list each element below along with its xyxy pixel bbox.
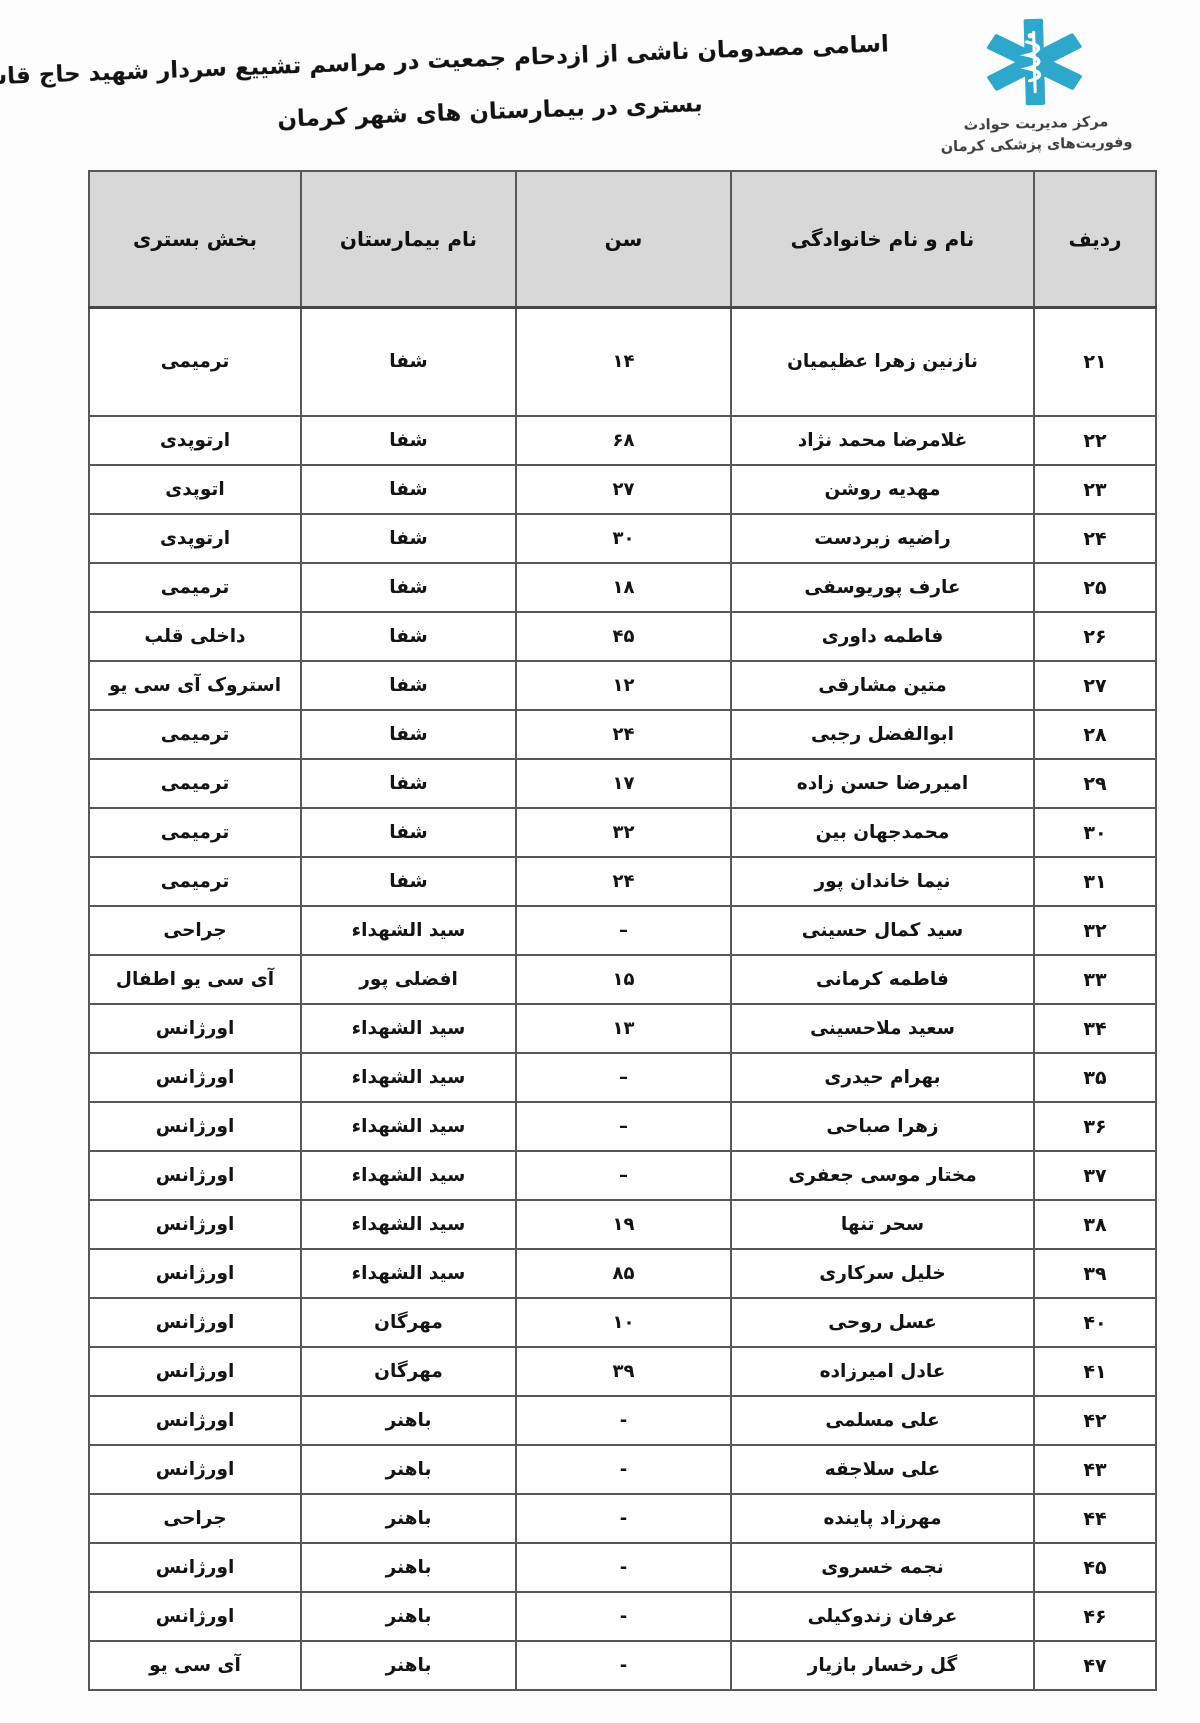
cell-hospital: شفا (301, 808, 516, 857)
cell-ward: داخلی قلب (89, 612, 301, 661)
casualty-table: ردیف نام و نام خانوادگی سن نام بیمارستان… (88, 170, 1157, 1691)
cell-name: سید کمال حسینی (731, 906, 1034, 955)
ems-logo: مرکز مدیریت حوادث وفوریت‌های پزشکی کرمان (928, 11, 1142, 158)
cell-ward: اورژانس (89, 1396, 301, 1445)
cell-hospital: سید الشهداء (301, 1151, 516, 1200)
cell-age: - (516, 1592, 731, 1641)
cell-radif: ۳۸ (1034, 1200, 1156, 1249)
cell-radif: ۳۶ (1034, 1102, 1156, 1151)
cell-hospital: سید الشهداء (301, 1249, 516, 1298)
table-row: ۳۳فاطمه کرمانی۱۵افضلی پورآی سی یو اطفال (89, 955, 1156, 1004)
cell-radif: ۲۹ (1034, 759, 1156, 808)
cell-name: عادل امیرزاده (731, 1347, 1034, 1396)
cell-age: ۲۷ (516, 465, 731, 514)
cell-name: امیررضا حسن زاده (731, 759, 1034, 808)
cell-hospital: شفا (301, 514, 516, 563)
cell-ward: ترمیمی (89, 808, 301, 857)
cell-hospital: سید الشهداء (301, 1053, 516, 1102)
cell-ward: اورژانس (89, 1102, 301, 1151)
table-row: ۲۵عارف پوریوسفی۱۸شفاترمیمی (89, 563, 1156, 612)
cell-age: ۴۵ (516, 612, 731, 661)
cell-hospital: شفا (301, 759, 516, 808)
column-header-hospital: نام بیمارستان (301, 171, 516, 307)
cell-ward: اورژانس (89, 1249, 301, 1298)
table-row: ۲۹امیررضا حسن زاده۱۷شفاترمیمی (89, 759, 1156, 808)
cell-age: ۲۴ (516, 857, 731, 906)
table-row: ۳۲سید کمال حسینی–سید الشهداءجراحی (89, 906, 1156, 955)
cell-radif: ۳۲ (1034, 906, 1156, 955)
cell-ward: اورژانس (89, 1200, 301, 1249)
cell-ward: ارتوپدی (89, 416, 301, 465)
cell-radif: ۳۵ (1034, 1053, 1156, 1102)
table-row: ۴۱عادل امیرزاده۳۹مهرگاناورژانس (89, 1347, 1156, 1396)
cell-hospital: باهنر (301, 1641, 516, 1690)
logo-caption-line-2: وفوریت‌های پزشکی کرمان (931, 132, 1141, 158)
cell-radif: ۴۲ (1034, 1396, 1156, 1445)
cell-ward: اورژانس (89, 1004, 301, 1053)
cell-ward: اورژانس (89, 1151, 301, 1200)
cell-ward: اورژانس (89, 1543, 301, 1592)
cell-hospital: مهرگان (301, 1347, 516, 1396)
column-header-ward: بخش بستری (89, 171, 301, 307)
table-row: ۲۸ابوالفضل رجبی۲۴شفاترمیمی (89, 710, 1156, 759)
cell-hospital: شفا (301, 465, 516, 514)
table-row: ۳۵بهرام حیدری–سید الشهداءاورژانس (89, 1053, 1156, 1102)
cell-radif: ۳۷ (1034, 1151, 1156, 1200)
cell-hospital: سید الشهداء (301, 1200, 516, 1249)
column-header-age: سن (516, 171, 731, 307)
cell-name: فاطمه داوری (731, 612, 1034, 661)
cell-age: ۱۳ (516, 1004, 731, 1053)
cell-name: عسل روحی (731, 1298, 1034, 1347)
cell-hospital: شفا (301, 661, 516, 710)
cell-age: ۱۵ (516, 955, 731, 1004)
table-row: ۴۳علی سلاجقه-باهنراورژانس (89, 1445, 1156, 1494)
cell-hospital: باهنر (301, 1494, 516, 1543)
cell-radif: ۴۳ (1034, 1445, 1156, 1494)
cell-ward: استروک آی سی یو (89, 661, 301, 710)
cell-age: - (516, 1396, 731, 1445)
table-row: ۳۷مختار موسی جعفری–سید الشهداءاورژانس (89, 1151, 1156, 1200)
cell-radif: ۲۷ (1034, 661, 1156, 710)
table-header: ردیف نام و نام خانوادگی سن نام بیمارستان… (89, 171, 1156, 307)
table-row: ۲۷متین مشارقی۱۲شفااستروک آی سی یو (89, 661, 1156, 710)
cell-ward: اورژانس (89, 1053, 301, 1102)
cell-radif: ۳۴ (1034, 1004, 1156, 1053)
cell-ward: اورژانس (89, 1592, 301, 1641)
cell-name: بهرام حیدری (731, 1053, 1034, 1102)
cell-hospital: باهنر (301, 1445, 516, 1494)
table-row: ۲۴راضیه زبردست۳۰شفاارتوپدی (89, 514, 1156, 563)
cell-age: – (516, 1102, 731, 1151)
cell-ward: اورژانس (89, 1298, 301, 1347)
table-row: ۳۴سعید ملاحسینی۱۳سید الشهداءاورژانس (89, 1004, 1156, 1053)
logo-caption: مرکز مدیریت حوادث وفوریت‌های پزشکی کرمان (931, 111, 1142, 158)
cell-radif: ۴۴ (1034, 1494, 1156, 1543)
cell-hospital: شفا (301, 612, 516, 661)
cell-name: مختار موسی جعفری (731, 1151, 1034, 1200)
cell-ward: ترمیمی (89, 710, 301, 759)
cell-hospital: شفا (301, 416, 516, 465)
star-of-life-icon (982, 17, 1086, 108)
cell-ward: اورژانس (89, 1445, 301, 1494)
cell-hospital: سید الشهداء (301, 906, 516, 955)
table-row: ۳۸سحر تنها۱۹سید الشهداءاورژانس (89, 1200, 1156, 1249)
cell-age: ۳۹ (516, 1347, 731, 1396)
table-row: ۲۱نازنین زهرا عظیمیان۱۴شفاترمیمی (89, 307, 1156, 416)
cell-ward: جراحی (89, 906, 301, 955)
table-row: ۳۱نیما خاندان پور۲۴شفاترمیمی (89, 857, 1156, 906)
cell-radif: ۲۸ (1034, 710, 1156, 759)
cell-age: - (516, 1641, 731, 1690)
cell-name: نازنین زهرا عظیمیان (731, 307, 1034, 416)
table-row: ۳۹خلیل سرکاری۸۵سید الشهداءاورژانس (89, 1249, 1156, 1298)
cell-name: راضیه زبردست (731, 514, 1034, 563)
cell-hospital: شفا (301, 563, 516, 612)
cell-age: ۱۸ (516, 563, 731, 612)
cell-radif: ۲۴ (1034, 514, 1156, 563)
cell-age: - (516, 1494, 731, 1543)
cell-age: - (516, 1445, 731, 1494)
cell-name: عرفان زندوکیلی (731, 1592, 1034, 1641)
cell-ward: آی سی یو اطفال (89, 955, 301, 1004)
scanned-document-page: { "header": { "title_line1": "اسامی مصدو… (0, 0, 1200, 1723)
cell-radif: ۴۱ (1034, 1347, 1156, 1396)
table-row: ۴۷گل رخسار بازیار-باهنرآی سی یو (89, 1641, 1156, 1690)
cell-age: ۱۲ (516, 661, 731, 710)
cell-age: ۱۹ (516, 1200, 731, 1249)
table-row: ۴۵نجمه خسروی-باهنراورژانس (89, 1543, 1156, 1592)
cell-ward: ترمیمی (89, 307, 301, 416)
cell-radif: ۳۹ (1034, 1249, 1156, 1298)
cell-hospital: باهنر (301, 1543, 516, 1592)
cell-radif: ۲۶ (1034, 612, 1156, 661)
table-row: ۴۶عرفان زندوکیلی-باهنراورژانس (89, 1592, 1156, 1641)
cell-age: ۸۵ (516, 1249, 731, 1298)
cell-age: – (516, 1151, 731, 1200)
cell-age: ۶۸ (516, 416, 731, 465)
cell-name: مهدیه روشن (731, 465, 1034, 514)
table-header-row: ردیف نام و نام خانوادگی سن نام بیمارستان… (89, 171, 1156, 307)
cell-radif: ۴۷ (1034, 1641, 1156, 1690)
cell-name: عارف پوریوسفی (731, 563, 1034, 612)
cell-ward: اتوپدی (89, 465, 301, 514)
cell-hospital: شفا (301, 307, 516, 416)
cell-ward: جراحی (89, 1494, 301, 1543)
cell-hospital: باهنر (301, 1592, 516, 1641)
column-header-name: نام و نام خانوادگی (731, 171, 1034, 307)
table-row: ۲۶فاطمه داوری۴۵شفاداخلی قلب (89, 612, 1156, 661)
cell-radif: ۲۲ (1034, 416, 1156, 465)
cell-ward: آی سی یو (89, 1641, 301, 1690)
cell-age: ۱۴ (516, 307, 731, 416)
table-row: ۲۳مهدیه روشن۲۷شفااتوپدی (89, 465, 1156, 514)
cell-age: – (516, 906, 731, 955)
cell-hospital: مهرگان (301, 1298, 516, 1347)
cell-hospital: شفا (301, 857, 516, 906)
cell-radif: ۳۳ (1034, 955, 1156, 1004)
cell-name: سحر تنها (731, 1200, 1034, 1249)
cell-name: فاطمه کرمانی (731, 955, 1034, 1004)
cell-ward: ترمیمی (89, 759, 301, 808)
cell-radif: ۴۰ (1034, 1298, 1156, 1347)
cell-age: ۳۰ (516, 514, 731, 563)
table-row: ۴۴مهرزاد پاینده-باهنرجراحی (89, 1494, 1156, 1543)
cell-age: ۲۴ (516, 710, 731, 759)
cell-radif: ۲۵ (1034, 563, 1156, 612)
cell-age: ۱۷ (516, 759, 731, 808)
cell-name: سعید ملاحسینی (731, 1004, 1034, 1053)
cell-radif: ۲۱ (1034, 307, 1156, 416)
cell-name: غلامرضا محمد نژاد (731, 416, 1034, 465)
cell-ward: ارتوپدی (89, 514, 301, 563)
cell-hospital: باهنر (301, 1396, 516, 1445)
cell-name: علی مسلمی (731, 1396, 1034, 1445)
table-row: ۳۶زهرا صباحی–سید الشهداءاورژانس (89, 1102, 1156, 1151)
table-row: ۴۲علی مسلمی-باهنراورژانس (89, 1396, 1156, 1445)
cell-age: - (516, 1543, 731, 1592)
document-title: اسامی مصدومان ناشی از ازدحام جمعیت در مر… (86, 17, 891, 152)
cell-name: علی سلاجقه (731, 1445, 1034, 1494)
cell-name: ابوالفضل رجبی (731, 710, 1034, 759)
column-header-radif: ردیف (1034, 171, 1156, 307)
cell-hospital: شفا (301, 710, 516, 759)
cell-name: زهرا صباحی (731, 1102, 1034, 1151)
cell-name: گل رخسار بازیار (731, 1641, 1034, 1690)
cell-radif: ۳۰ (1034, 808, 1156, 857)
table-body: ۲۱نازنین زهرا عظیمیان۱۴شفاترمیمی۲۲غلامرض… (89, 307, 1156, 1690)
table-row: ۳۰محمدجهان بین۳۲شفاترمیمی (89, 808, 1156, 857)
cell-name: محمدجهان بین (731, 808, 1034, 857)
cell-ward: ترمیمی (89, 857, 301, 906)
cell-hospital: افضلی پور (301, 955, 516, 1004)
cell-radif: ۴۵ (1034, 1543, 1156, 1592)
cell-hospital: سید الشهداء (301, 1004, 516, 1053)
cell-name: نیما خاندان پور (731, 857, 1034, 906)
cell-ward: اورژانس (89, 1347, 301, 1396)
cell-name: خلیل سرکاری (731, 1249, 1034, 1298)
table-row: ۴۰عسل روحی۱۰مهرگاناورژانس (89, 1298, 1156, 1347)
cell-hospital: سید الشهداء (301, 1102, 516, 1151)
cell-name: نجمه خسروی (731, 1543, 1034, 1592)
cell-radif: ۴۶ (1034, 1592, 1156, 1641)
cell-age: ۱۰ (516, 1298, 731, 1347)
cell-ward: ترمیمی (89, 563, 301, 612)
table-row: ۲۲غلامرضا محمد نژاد۶۸شفاارتوپدی (89, 416, 1156, 465)
cell-radif: ۲۳ (1034, 465, 1156, 514)
cell-age: ۳۲ (516, 808, 731, 857)
cell-age: – (516, 1053, 731, 1102)
cell-name: مهرزاد پاینده (731, 1494, 1034, 1543)
cell-name: متین مشارقی (731, 661, 1034, 710)
cell-radif: ۳۱ (1034, 857, 1156, 906)
